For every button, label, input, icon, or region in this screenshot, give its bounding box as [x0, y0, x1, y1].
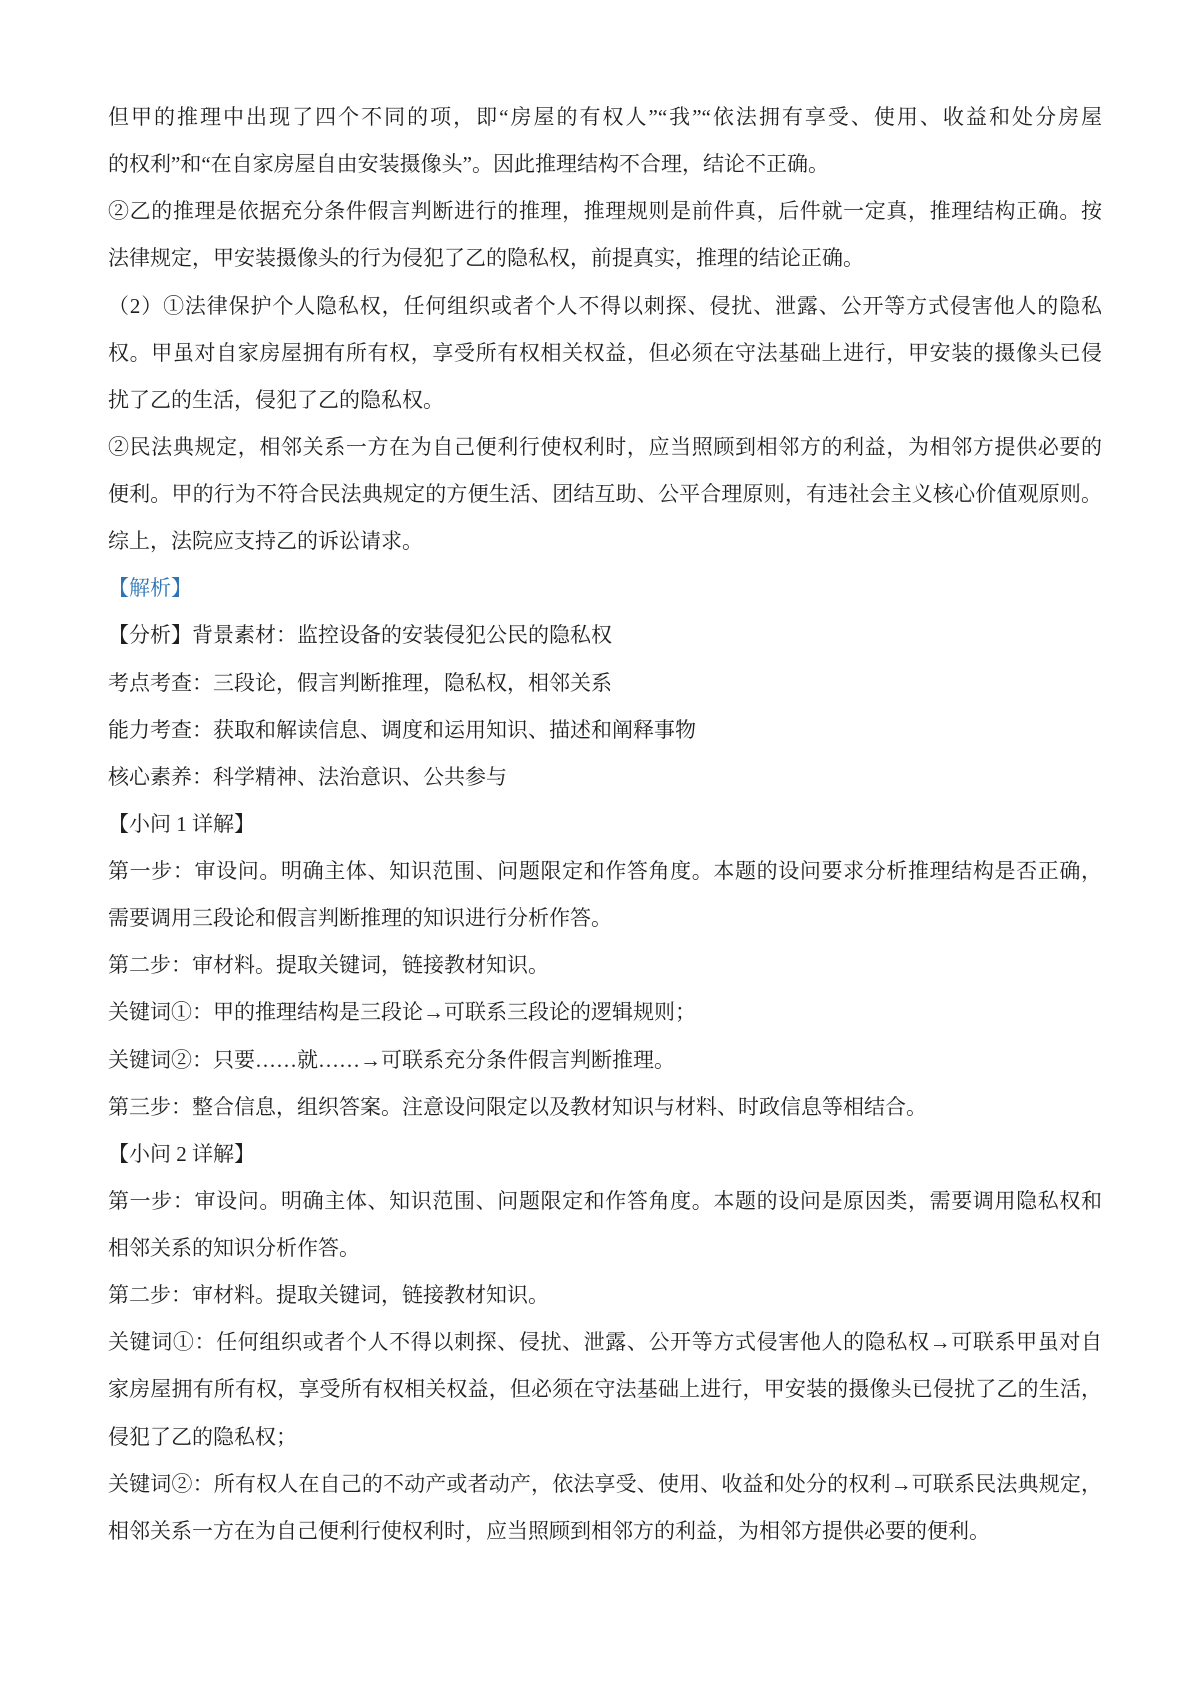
text-line: 关键词①：甲的推理结构是三段论→可联系三段论的逻辑规则；: [108, 989, 1102, 1036]
subquestion-2-heading: 【小问 2 详解】: [108, 1131, 1102, 1178]
text-line: 侵犯了乙的隐私权；: [108, 1414, 1102, 1461]
text-line: ②乙的推理是依据充分条件假言判断进行的推理，推理规则是前件真，后件就一定真，推理…: [108, 188, 1102, 235]
text-line: 关键词①：任何组织或者个人不得以刺探、侵扰、泄露、公开等方式侵害他人的隐私权→可…: [108, 1319, 1102, 1366]
text-line: 相邻关系一方在为自己便利行使权利时，应当照顾到相邻方的利益，为相邻方提供必要的便…: [108, 1508, 1102, 1555]
text-line: 第二步：审材料。提取关键词，链接教材知识。: [108, 1272, 1102, 1319]
analysis-section-heading: 【解析】: [108, 565, 1102, 612]
subquestion-1-heading: 【小问 1 详解】: [108, 801, 1102, 848]
text-line: 第二步：审材料。提取关键词，链接教材知识。: [108, 942, 1102, 989]
text-line: 家房屋拥有所有权，享受所有权相关权益，但必须在守法基础上进行，甲安装的摄像头已侵…: [108, 1366, 1102, 1413]
text-line: 综上，法院应支持乙的诉讼请求。: [108, 518, 1102, 565]
text-line: 需要调用三段论和假言判断推理的知识进行分析作答。: [108, 895, 1102, 942]
answer-analysis-document: 但甲的推理中出现了四个不同的项，即“房屋的有权人”“我”“依法拥有享受、使用、收…: [108, 94, 1102, 1555]
text-line: 核心素养：科学精神、法治意识、公共参与: [108, 754, 1102, 801]
text-line: 权。甲虽对自家房屋拥有所有权，享受所有权相关权益，但必须在守法基础上进行，甲安装…: [108, 330, 1102, 377]
text-line: 关键词②：只要……就……→可联系充分条件假言判断推理。: [108, 1037, 1102, 1084]
text-line: 的权利”和“在自家房屋自由安装摄像头”。因此推理结构不合理，结论不正确。: [108, 141, 1102, 188]
text-line: 第一步：审设问。明确主体、知识范围、问题限定和作答角度。本题的设问是原因类，需要…: [108, 1178, 1102, 1225]
text-line: 关键词②：所有权人在自己的不动产或者动产，依法享受、使用、收益和处分的权利→可联…: [108, 1461, 1102, 1508]
text-line: 相邻关系的知识分析作答。: [108, 1225, 1102, 1272]
background-material-line: 【分析】背景素材：监控设备的安装侵犯公民的隐私权: [108, 612, 1102, 659]
text-line: 扰了乙的生活，侵犯了乙的隐私权。: [108, 377, 1102, 424]
text-line: 第一步：审设问。明确主体、知识范围、问题限定和作答角度。本题的设问要求分析推理结…: [108, 848, 1102, 895]
text-line: 但甲的推理中出现了四个不同的项，即“房屋的有权人”“我”“依法拥有享受、使用、收…: [108, 94, 1102, 141]
text-line: （2）①法律保护个人隐私权，任何组织或者个人不得以刺探、侵扰、泄露、公开等方式侵…: [108, 283, 1102, 330]
text-line: 法律规定，甲安装摄像头的行为侵犯了乙的隐私权，前提真实，推理的结论正确。: [108, 235, 1102, 282]
text-line: 便利。甲的行为不符合民法典规定的方便生活、团结互助、公平合理原则，有违社会主义核…: [108, 471, 1102, 518]
text-line: 能力考查：获取和解读信息、调度和运用知识、描述和阐释事物: [108, 707, 1102, 754]
text-line: 第三步：整合信息，组织答案。注意设问限定以及教材知识与材料、时政信息等相结合。: [108, 1084, 1102, 1131]
text-line: ②民法典规定，相邻关系一方在为自己便利行使权利时，应当照顾到相邻方的利益，为相邻…: [108, 424, 1102, 471]
text-line: 考点考查：三段论，假言判断推理，隐私权，相邻关系: [108, 660, 1102, 707]
